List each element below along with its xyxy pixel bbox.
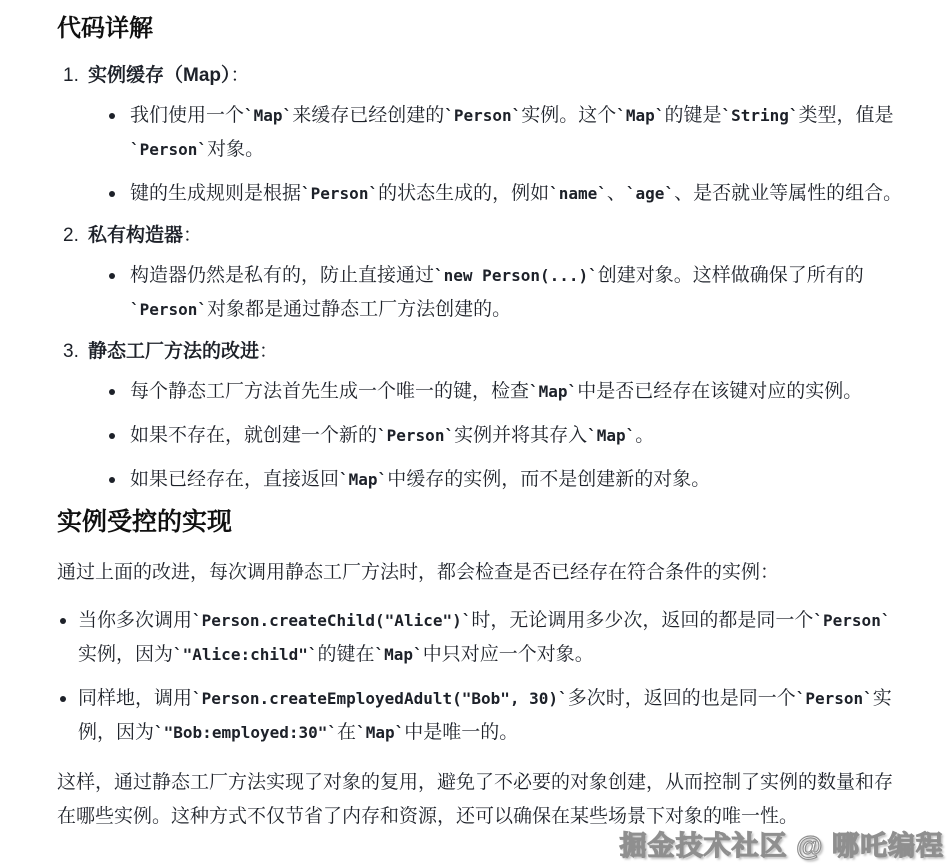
inline-code: `Person` — [130, 140, 207, 159]
list-item-private-constructor: 2. 私有构造器： 构造器仍然是私有的，防止直接通过`new Person(..… — [57, 221, 905, 327]
list-title: 私有构造器： — [88, 221, 202, 251]
text-run: 。 — [635, 425, 654, 446]
inline-code: `Map` — [339, 470, 387, 489]
inline-code: `Map` — [244, 106, 292, 125]
list-item-heading: 1. 实例缓存（Map）： — [57, 61, 905, 91]
text-run: 每个静态工厂方法首先生成一个唯一的键，检查 — [130, 381, 529, 402]
text-run: 的键是 — [664, 105, 721, 126]
inline-code: `Person` — [130, 300, 207, 319]
text-run: 我们使用一个 — [130, 105, 244, 126]
list-title-colon: ： — [183, 225, 202, 246]
text-run: 这样，通过静态工厂方法实现了对象的复用，避免了不必要的对象创建，从而控制了实例的… — [57, 772, 893, 827]
inline-code: `Person` — [301, 184, 378, 203]
inline-code: `age` — [626, 184, 674, 203]
heading-instance-controlled: 实例受控的实现 — [57, 507, 905, 538]
numbered-list: 1. 实例缓存（Map）： 我们使用一个`Map`来缓存已经创建的`Person… — [57, 61, 905, 497]
inline-code: `"Alice:child"` — [173, 645, 318, 664]
intro-paragraph: 通过上面的改进，每次调用静态工厂方法时，都会检查是否已经存在符合条件的实例： — [57, 556, 905, 590]
article-content: 代码详解 1. 实例缓存（Map）： 我们使用一个`Map`来缓存已经创建的`P… — [0, 0, 949, 834]
text-run: 、是否就业等属性的组合。 — [674, 183, 902, 204]
inline-code: `Map` — [375, 645, 423, 664]
text-run: 实例并将其存入 — [454, 425, 587, 446]
inline-code: `String` — [721, 106, 798, 125]
list-item-static-factory-improvement: 3. 静态工厂方法的改进： 每个静态工厂方法首先生成一个唯一的键，检查`Map`… — [57, 337, 905, 497]
list-item-heading: 3. 静态工厂方法的改进： — [57, 337, 905, 367]
text-run: 对象。 — [207, 139, 264, 160]
text-run: 的状态生成的，例如 — [378, 183, 549, 204]
inline-code: `Person` — [813, 611, 890, 630]
list-number: 2. — [57, 221, 88, 251]
heading-code-explained: 代码详解 — [57, 14, 905, 43]
bullet-point: 如果不存在，就创建一个新的`Person`实例并将其存入`Map`。 — [107, 419, 905, 453]
text-run: 当你多次调用 — [78, 610, 192, 631]
text-run: 如果已经存在，直接返回 — [130, 469, 339, 490]
bullet-point: 构造器仍然是私有的，防止直接通过`new Person(...)`创建对象。这样… — [107, 259, 905, 327]
sub-bullet-list: 构造器仍然是私有的，防止直接通过`new Person(...)`创建对象。这样… — [107, 259, 905, 327]
bullet-list: 当你多次调用`Person.createChild("Alice")`时，无论调… — [60, 604, 905, 750]
inline-code: `Person` — [444, 106, 521, 125]
inline-code: `Person` — [796, 689, 873, 708]
inline-code: `"Bob:employed:30"` — [154, 723, 337, 742]
list-title: 静态工厂方法的改进： — [88, 337, 278, 367]
text-run: 中只对应一个对象。 — [423, 644, 594, 665]
text-run: 中是唯一的。 — [404, 722, 518, 743]
inline-code: `Map` — [529, 382, 577, 401]
list-title: 实例缓存（Map）： — [88, 61, 250, 91]
inline-code: `name` — [549, 184, 607, 203]
text-run: 的键在 — [318, 644, 375, 665]
text-run: 实例。这个 — [521, 105, 616, 126]
text-run: 如果不存在，就创建一个新的 — [130, 425, 377, 446]
inline-code: `Person.createEmployedAdult("Bob", 30)` — [192, 689, 568, 708]
sub-bullet-list: 每个静态工厂方法首先生成一个唯一的键，检查`Map`中是否已经存在该键对应的实例… — [107, 375, 905, 497]
text-run: 、 — [607, 183, 626, 204]
text-run: 构造器仍然是私有的，防止直接通过 — [130, 265, 434, 286]
text-run: 对象都是通过静态工厂方法创建的。 — [207, 299, 511, 320]
list-title-bold: 实例缓存（Map） — [88, 65, 231, 86]
inline-code: `Person.createChild("Alice")` — [192, 611, 471, 630]
text-run: 多次时，返回的也是同一个 — [568, 688, 796, 709]
text-run: 在 — [337, 722, 356, 743]
text-run: 实例，因为 — [78, 644, 173, 665]
text-run: 键的生成规则是根据 — [130, 183, 301, 204]
inline-code: `Person` — [377, 426, 454, 445]
text-run: 中缓存的实例，而不是创建新的对象。 — [387, 469, 710, 490]
bullet-point: 如果已经存在，直接返回`Map`中缓存的实例，而不是创建新的对象。 — [107, 463, 905, 497]
bullet-point: 每个静态工厂方法首先生成一个唯一的键，检查`Map`中是否已经存在该键对应的实例… — [107, 375, 905, 409]
list-title-colon: ： — [231, 65, 250, 86]
list-item-heading: 2. 私有构造器： — [57, 221, 905, 251]
bullet-point: 当你多次调用`Person.createChild("Alice")`时，无论调… — [60, 604, 905, 672]
text-run: 创建对象。这样做确保了所有的 — [598, 265, 864, 286]
text-run: 通过上面的改进，每次调用静态工厂方法时，都会检查是否已经存在符合条件的实例： — [57, 562, 779, 583]
sub-bullet-list: 我们使用一个`Map`来缓存已经创建的`Person`实例。这个`Map`的键是… — [107, 99, 905, 211]
text-run: 类型，值是 — [799, 105, 894, 126]
inline-code: `Map` — [587, 426, 635, 445]
bullet-point: 同样地，调用`Person.createEmployedAdult("Bob",… — [60, 682, 905, 750]
bullet-point: 我们使用一个`Map`来缓存已经创建的`Person`实例。这个`Map`的键是… — [107, 99, 905, 167]
list-number: 3. — [57, 337, 88, 367]
text-run: 来缓存已经创建的 — [292, 105, 444, 126]
inline-code: `Map` — [616, 106, 664, 125]
bullet-point: 键的生成规则是根据`Person`的状态生成的，例如`name`、`age`、是… — [107, 177, 905, 211]
inline-code: `Map` — [356, 723, 404, 742]
text-run: 中是否已经存在该键对应的实例。 — [577, 381, 862, 402]
text-run: 时，无论调用多少次，返回的都是同一个 — [471, 610, 813, 631]
closing-paragraph: 这样，通过静态工厂方法实现了对象的复用，避免了不必要的对象创建，从而控制了实例的… — [57, 766, 905, 834]
list-item-instance-cache: 1. 实例缓存（Map）： 我们使用一个`Map`来缓存已经创建的`Person… — [57, 61, 905, 211]
list-title-bold: 私有构造器 — [88, 225, 183, 246]
inline-code: `new Person(...)` — [434, 266, 598, 285]
text-run: 同样地，调用 — [78, 688, 192, 709]
list-title-bold: 静态工厂方法的改进 — [88, 341, 259, 362]
list-title-colon: ： — [259, 341, 278, 362]
list-number: 1. — [57, 61, 88, 91]
